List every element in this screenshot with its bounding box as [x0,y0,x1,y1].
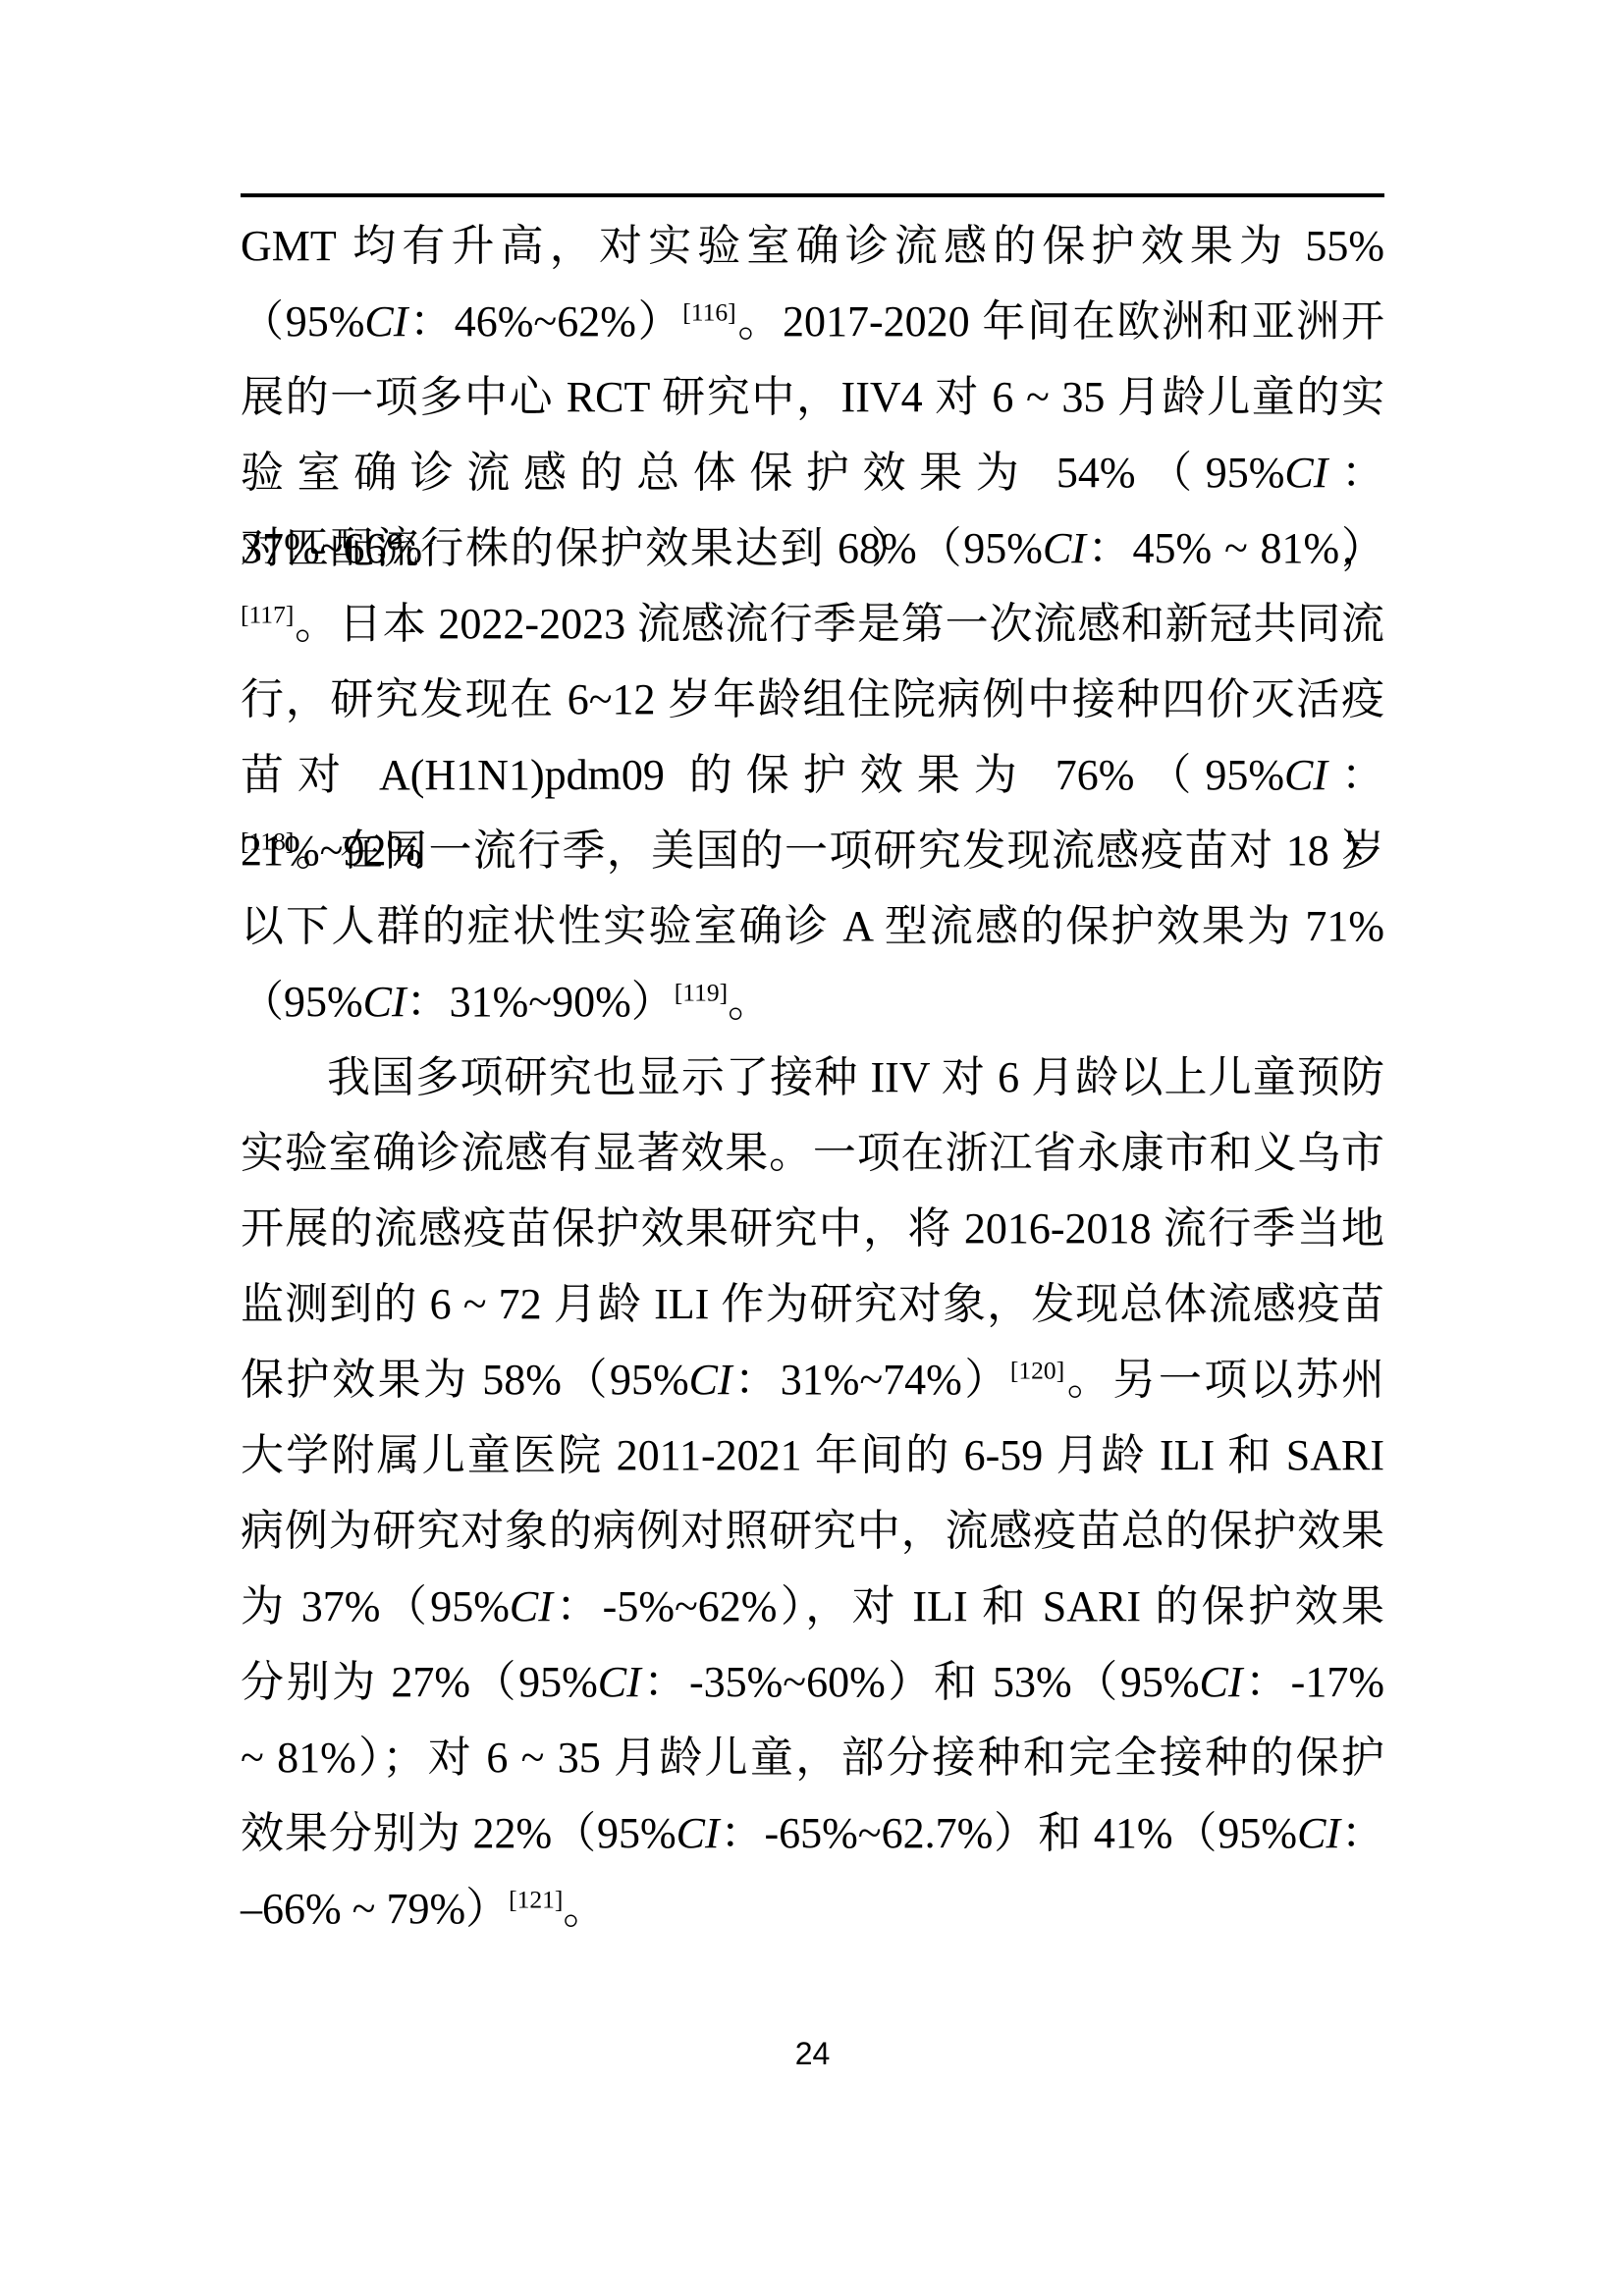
reference-superscript: [121] [509,1885,563,1913]
text-line: 保护效果为 58%（95%CI：31%~74%）[120]。另一项以苏州 [241,1342,1384,1417]
page-number: 24 [241,2034,1384,2073]
italic-ci-text: CI [1200,1658,1243,1706]
text-line: 病例为研究对象的病例对照研究中，流感疫苗总的保护效果 [241,1493,1384,1569]
italic-ci-text: CI [363,978,406,1026]
text-line: 效果分别为 22%（95%CI：-65%~62.7%）和 41%（95%CI： [241,1795,1384,1871]
text-run: 病例为研究对象的病例对照研究中，流感疫苗总的保护效果 [241,1507,1384,1555]
text-line: 以下人群的症状性实验室确诊 A 型流感的保护效果为 71% [241,888,1384,964]
text-run: 。 [728,978,771,1026]
text-run: 苗对 A(H1N1)pdm09 的保护效果为 76%（95% [241,751,1284,799]
reference-superscript: [117] [241,600,294,628]
text-line: [117]。日本 2022-2023 流感流行季是第一次流感和新冠共同流 [241,586,1384,662]
reference-superscript: [120] [1010,1356,1064,1384]
text-run: 。 [563,1885,606,1933]
text-run: 分别为 27%（95% [241,1658,598,1706]
italic-ci-text: CI [689,1356,732,1404]
text-run: 。在同一流行季，美国的一项研究发现流感疫苗对 18 岁 [294,827,1384,875]
text-run: （95% [241,297,364,346]
text-line: 开展的流感疫苗保护效果研究中，将 2016-2018 流行季当地 [241,1191,1384,1266]
text-run: ：45% ~ 81%） [1086,524,1384,572]
text-run: （95% [241,978,363,1026]
text-line: 验室确诊流感的总体保护效果为 54%（95%CI：37%~66%）， [241,435,1384,510]
italic-ci-text: CI [510,1582,553,1630]
italic-ci-text: CI [1284,449,1327,497]
text-run: GMT 均有升高，对实验室确诊流感的保护效果为 55% [241,222,1384,270]
text-line: 对匹配流行株的保护效果达到 68%（95%CI：45% ~ 81%） [241,510,1384,586]
text-line: 为 37%（95%CI：-5%~62%），对 ILI 和 SARI 的保护效果 [241,1569,1384,1644]
text-run: ：46%~62%） [407,297,682,346]
italic-ci-text: CI [677,1809,720,1857]
text-run: 我国多项研究也显示了接种 IIV 对 6 月龄以上儿童预防 [327,1053,1384,1101]
reference-superscript: [118] [241,827,294,855]
text-run: 开展的流感疫苗保护效果研究中，将 2016-2018 流行季当地 [241,1204,1384,1253]
italic-ci-text: CI [364,297,407,346]
text-run: ：31%~74%） [732,1356,1010,1404]
text-run: 监测到的 6 ~ 72 月龄 ILI 作为研究对象，发现总体流感疫苗 [241,1280,1384,1328]
document-page: GMT 均有升高，对实验室确诊流感的保护效果为 55%（95%CI：46%~62… [0,0,1624,2296]
text-line: 实验室确诊流感有显著效果。一项在浙江省永康市和义乌市 [241,1115,1384,1191]
text-run: 。2017-2020 年间在欧洲和亚洲开 [736,297,1384,346]
italic-ci-text: CI [1043,524,1086,572]
italic-ci-text: CI [1297,1809,1340,1857]
text-run: –66% ~ 79%） [241,1885,509,1933]
text-run: 实验室确诊流感有显著效果。一项在浙江省永康市和义乌市 [241,1129,1384,1177]
text-run: 效果分别为 22%（95% [241,1809,677,1857]
text-run: 。日本 2022-2023 流感流行季是第一次流感和新冠共同流 [294,600,1384,648]
reference-superscript: [116] [682,297,735,326]
text-line: 分别为 27%（95%CI：-35%~60%）和 53%（95%CI：-17% [241,1644,1384,1720]
text-run: 保护效果为 58%（95% [241,1356,689,1404]
text-run: 展的一项多中心 RCT 研究中，IIV4 对 6 ~ 35 月龄儿童的实 [241,373,1384,421]
text-run: ：-17% [1243,1658,1384,1706]
header-rule [241,193,1384,197]
text-run: ：-65%~62.7%）和 41%（95% [720,1809,1297,1857]
text-run: 为 37%（95% [241,1582,510,1630]
text-run: 验室确诊流感的总体保护效果为 54%（95% [241,449,1284,497]
text-line: 苗对 A(H1N1)pdm09 的保护效果为 76%（95%CI：21%~92%… [241,737,1384,813]
italic-ci-text: CI [1284,751,1327,799]
text-run: ：-5%~62%），对 ILI 和 SARI 的保护效果 [553,1582,1384,1630]
text-line: 展的一项多中心 RCT 研究中，IIV4 对 6 ~ 35 月龄儿童的实 [241,359,1384,435]
text-run: ：-35%~60%）和 53%（95% [641,1658,1200,1706]
paragraph: 我国多项研究也显示了接种 IIV 对 6 月龄以上儿童预防实验室确诊流感有显著效… [241,1040,1384,1947]
text-run: 行，研究发现在 6~12 岁年龄组住院病例中接种四价灭活疫 [241,675,1384,723]
text-run: ：31%~90%） [406,978,675,1026]
text-run: 以下人群的症状性实验室确诊 A 型流感的保护效果为 71% [241,902,1384,950]
text-run: 对匹配流行株的保护效果达到 68%（95% [241,524,1043,572]
paragraph: GMT 均有升高，对实验室确诊流感的保护效果为 55%（95%CI：46%~62… [241,208,1384,1040]
text-line: （95%CI：31%~90%）[119]。 [241,964,1384,1040]
text-line: ~ 81%）；对 6 ~ 35 月龄儿童，部分接种和完全接种的保护 [241,1720,1384,1795]
text-run: ~ 81%）；对 6 ~ 35 月龄儿童，部分接种和完全接种的保护 [241,1734,1384,1782]
text-run: 大学附属儿童医院 2011-2021 年间的 6-59 月龄 ILI 和 SAR… [241,1431,1384,1479]
text-line: （95%CI：46%~62%）[116]。2017-2020 年间在欧洲和亚洲开 [241,284,1384,359]
text-line: 行，研究发现在 6~12 岁年龄组住院病例中接种四价灭活疫 [241,662,1384,737]
document-body: GMT 均有升高，对实验室确诊流感的保护效果为 55%（95%CI：46%~62… [241,208,1384,1947]
italic-ci-text: CI [598,1658,641,1706]
text-run: ： [1340,1809,1384,1857]
text-line: 我国多项研究也显示了接种 IIV 对 6 月龄以上儿童预防 [241,1040,1384,1115]
text-line: [118]。在同一流行季，美国的一项研究发现流感疫苗对 18 岁 [241,813,1384,888]
reference-superscript: [119] [675,978,728,1006]
text-run: 。另一项以苏州 [1064,1356,1384,1404]
text-line: 监测到的 6 ~ 72 月龄 ILI 作为研究对象，发现总体流感疫苗 [241,1266,1384,1342]
text-line: 大学附属儿童医院 2011-2021 年间的 6-59 月龄 ILI 和 SAR… [241,1417,1384,1493]
text-line: GMT 均有升高，对实验室确诊流感的保护效果为 55% [241,208,1384,284]
text-line: –66% ~ 79%）[121]。 [241,1871,1384,1947]
